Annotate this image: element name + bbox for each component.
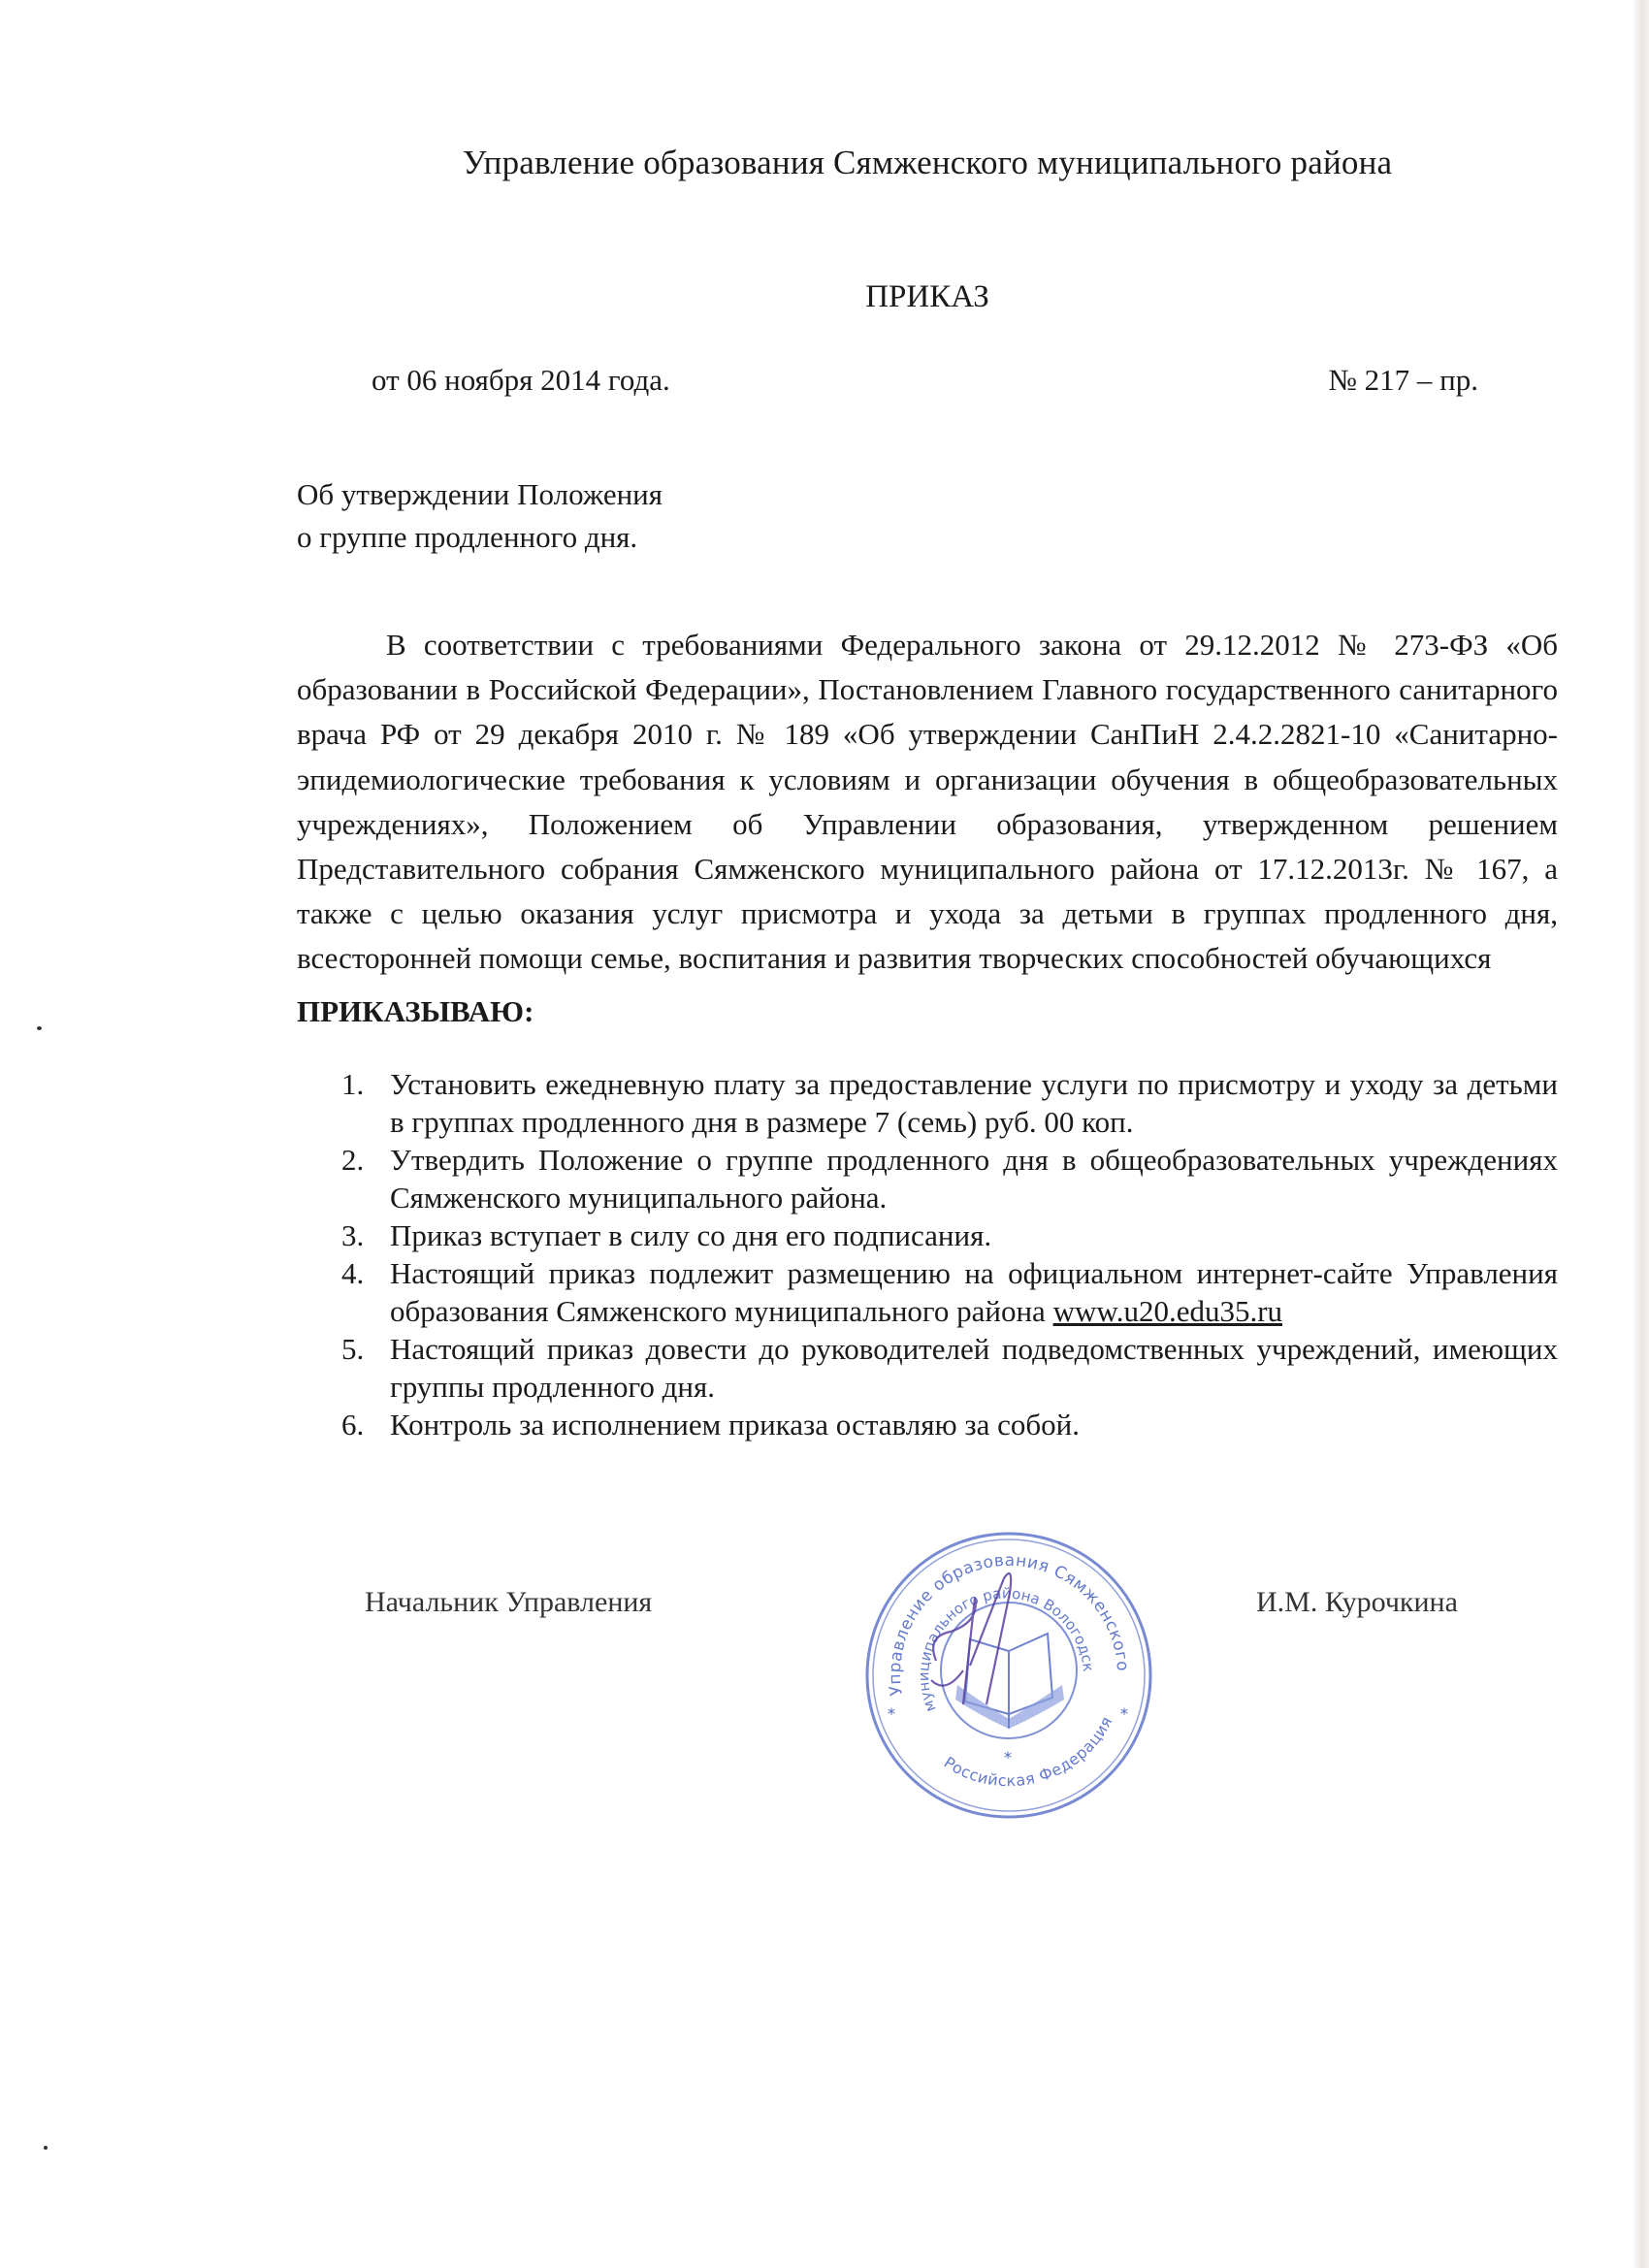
official-stamp-icon: Управление образования Сямженского муниц… [858,1525,1159,1826]
order-item-text: Приказ вступает в силу со дня его подпис… [390,1218,991,1252]
document-subject: Об утверждении Положения о группе продле… [297,473,663,559]
preamble-paragraph: В соответствии с требованиями Федерально… [297,623,1558,982]
organization-header: Управление образования Сямженского муниц… [0,144,1649,182]
order-item-text: Утвердить Положение о группе продленного… [390,1143,1558,1215]
stamp-star-right: * [1120,1704,1128,1723]
scan-speck [44,2146,48,2150]
scan-speck [37,1026,42,1030]
document-number: № 217 – пр. [1328,363,1478,398]
order-item: 4. Настоящий приказ подлежит размещению … [297,1254,1558,1330]
stamp-star-left: * [888,1704,895,1723]
order-item-text: Настоящий приказ подлежит размещению на … [390,1256,1558,1328]
order-directive-heading: ПРИКАЗЫВАЮ: [297,994,533,1029]
order-item-number: 1. [341,1065,364,1103]
order-items-list: 1. Установить ежедневную плату за предос… [297,1065,1558,1443]
document-date: от 06 ноября 2014 года. [372,363,670,398]
order-item-text: Установить ежедневную плату за предостав… [390,1067,1558,1139]
order-item: 6. Контроль за исполнением приказа остав… [297,1406,1558,1443]
stamp-star-bottom: * [1004,1748,1012,1766]
order-item-number: 4. [341,1254,364,1292]
subject-line-2: о группе продленного дня. [297,516,663,559]
website-link[interactable]: www.u20.edu35.ru [1053,1294,1282,1328]
book-emblem [955,1634,1064,1729]
document-type-title: ПРИКАЗ [0,279,1649,315]
signatory-name: И.М. Курочкина [1256,1586,1458,1619]
order-item-text: Настоящий приказ довести до руководителе… [390,1332,1558,1404]
order-item: 1. Установить ежедневную плату за предос… [297,1065,1558,1141]
order-item: 5. Настоящий приказ довести до руководит… [297,1330,1558,1406]
order-item: 2. Утвердить Положение о группе продленн… [297,1141,1558,1216]
order-item-number: 3. [341,1216,364,1254]
scan-edge-shadow [1632,0,1649,2268]
order-item-number: 2. [341,1141,364,1179]
subject-line-1: Об утверждении Положения [297,473,663,516]
order-item-text: Контроль за исполнением приказа оставляю… [390,1408,1080,1442]
signatory-title: Начальник Управления [365,1586,652,1619]
order-item: 3. Приказ вступает в силу со дня его под… [297,1216,1558,1254]
order-item-number: 5. [341,1330,364,1368]
order-item-number: 6. [341,1406,364,1443]
